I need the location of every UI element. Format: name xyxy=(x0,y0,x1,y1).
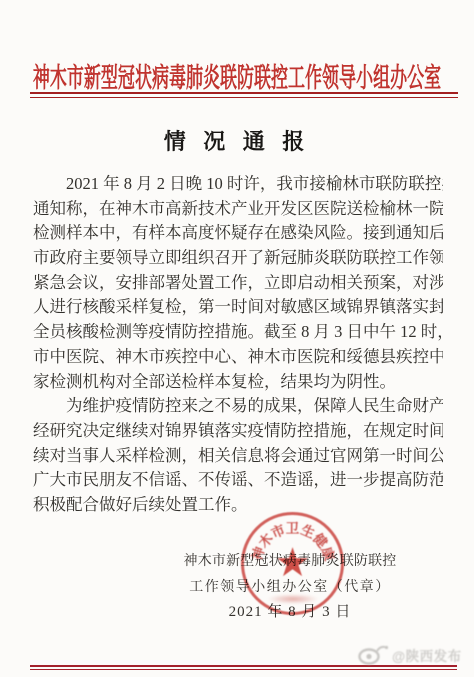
seal-arc-char: 卫 xyxy=(285,517,301,537)
body-line: 积极配合做好后续处置工作。 xyxy=(33,493,443,518)
body-line: 为维护疫情防控来之不易的成果，保障人民生命财产安全， xyxy=(33,394,443,419)
body-line: 检测样本中，有样本高度怀疑存在感染风险。接到通知后，市委、 xyxy=(33,221,443,246)
body-line: 人进行核酸采样复检，第一时间对敏感区域锦界镇落实封控管理、 xyxy=(33,295,443,320)
seal-arc-char: 木 xyxy=(251,526,277,551)
doc-title: 情 况 通 报 xyxy=(0,125,474,156)
notice-document-page: 神木市新型冠状病毒肺炎联防联控工作领导小组办公室 情 况 通 报 2021 年 … xyxy=(0,0,474,677)
body-line: 紧急会议，安排部署处置工作，立即启动相关预案，对涉及当事 xyxy=(33,271,443,296)
weibo-watermark: @陕西发布 xyxy=(357,645,462,665)
body-line: 广大市民朋友不信谣、不传谣、不造谣，进一步提高防范意识， xyxy=(33,468,443,493)
body-line: 2021 年 8 月 2 日晚 10 时许，我市接榆林市联防联控办电话 xyxy=(33,172,443,197)
signature-org-line2: 工作领导小组办公室（代章） xyxy=(170,575,410,601)
signature-org-line1: 神木市新型冠状病毒肺炎联防联控 xyxy=(170,549,410,575)
seal-arc-char: 市 xyxy=(266,517,289,542)
body-line: 市政府主要领导立即组织召开了新冠肺炎联防联控工作领导小组 xyxy=(33,246,443,271)
body-line: 通知称，在神木市高新技术产业开发区医院送检榆林一院的核酸 xyxy=(33,197,443,222)
footer-divider-thin xyxy=(30,669,457,670)
body-line: 市中医院、神木市疾控中心、神木市医院和绥德县疾控中心等 4 xyxy=(33,345,443,370)
letterhead-divider-thin xyxy=(30,97,458,98)
watermark-account-text: @陕西发布 xyxy=(392,645,462,665)
seal-arc-char: 健 xyxy=(308,526,334,551)
letterhead-org-name: 神木市新型冠状病毒肺炎联防联控工作领导小组办公室 xyxy=(33,56,441,95)
letterhead-divider-thick xyxy=(30,92,458,94)
body-line: 全员核酸检测等疫情防控措施。截至 8 月 3 日中午 12 时，经榆林 xyxy=(33,320,443,345)
signature-block: 神木市新型冠状病毒肺炎联防联控 工作领导小组办公室（代章） 2021 年 8 月… xyxy=(170,549,410,626)
weibo-eye-icon xyxy=(357,645,389,665)
body-line: 经研究决定继续对锦界镇落实疫情防控措施，在规定时间节点继 xyxy=(33,419,443,444)
seal-arc-char: 生 xyxy=(297,517,320,542)
footer-divider-thick xyxy=(30,665,457,667)
body-text: 2021 年 8 月 2 日晚 10 时许，我市接榆林市联防联控办电话 通知称，… xyxy=(33,172,443,518)
body-line: 续对当事人采样检测，相关信息将会通过官网第一时间公布。请 xyxy=(33,444,443,469)
body-line: 家检测机构对全部送检样本复检，结果均为阴性。 xyxy=(33,370,443,395)
signature-date: 2021 年 8 月 3 日 xyxy=(170,600,410,626)
